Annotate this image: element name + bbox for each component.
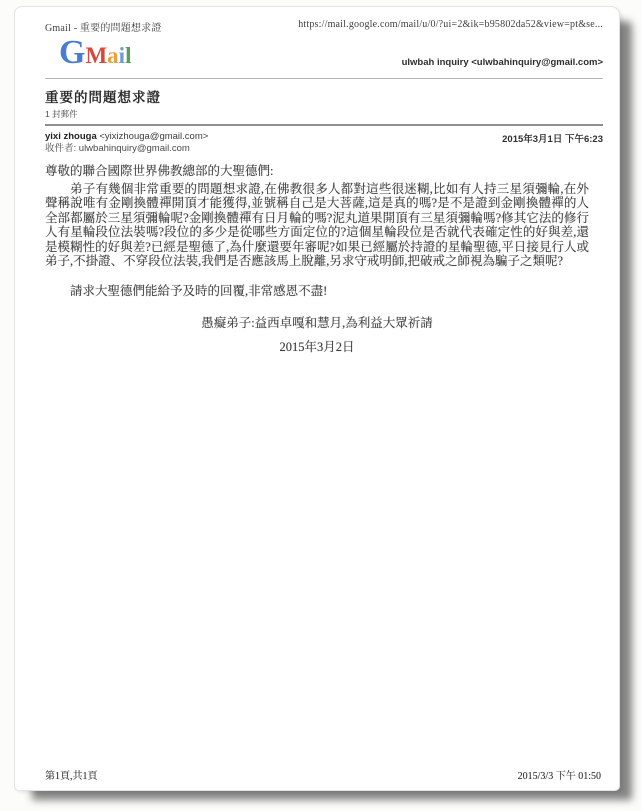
print-timestamp: 2015/3/3 下午 01:50 — [518, 767, 601, 782]
body-sign-date: 2015年3月2日 — [45, 340, 589, 355]
brand-row: GMail ulwbah inquiry <ulwbahinquiry@gmai… — [45, 38, 603, 74]
gmail-logo-letter-l: l — [125, 43, 131, 68]
gmail-logo: GMail — [59, 38, 131, 74]
message-count: 1 封郵件 — [45, 108, 603, 120]
email-subject: 重要的問題想求證 — [45, 86, 603, 106]
gmail-logo-letter-a: a — [107, 43, 119, 68]
recipient-line: 收件者: ulwbahinquiry@gmail.com — [45, 143, 208, 155]
printed-page: Gmail - 重要的問題想求證 https://mail.google.com… — [14, 6, 620, 791]
body-paragraph-1: 弟子有幾個非常重要的問題想求證,在佛教很多人都對這些很迷糊,比如有人持三星須彌輪… — [45, 182, 589, 269]
recipient-label: 收件者: — [45, 143, 76, 154]
message-meta: yixi zhouga <yixizhouga@gmail.com> 收件者: … — [45, 131, 603, 155]
print-header-url: https://mail.google.com/mail/u/0/?ui=2&i… — [298, 19, 603, 34]
body-greeting: 尊敬的聯合國際世界佛教總部的大聖德們: — [45, 164, 589, 179]
print-footer: 第1頁,共1頁 2015/3/3 下午 01:50 — [45, 767, 601, 782]
divider-thread — [45, 124, 603, 126]
email-body: 尊敬的聯合國際世界佛教總部的大聖德們: 弟子有幾個非常重要的問題想求證,在佛教很… — [45, 164, 603, 354]
body-signature: 愚癡弟子:益西卓嘎和慧月,為利益大眾祈請 — [45, 316, 589, 331]
sender-name: yixi zhouga — [45, 131, 97, 142]
sender-email: <yixizhouga@gmail.com> — [99, 131, 208, 142]
account-owner: ulwbah inquiry <ulwbahinquiry@gmail.com> — [402, 57, 603, 74]
divider-top — [45, 78, 603, 79]
recipient-email: ulwbahinquiry@gmail.com — [79, 143, 190, 154]
print-header-title: Gmail - 重要的問題想求證 — [45, 19, 162, 34]
print-header: Gmail - 重要的問題想求證 https://mail.google.com… — [45, 19, 603, 34]
page-number: 第1頁,共1頁 — [45, 767, 98, 782]
gmail-logo-letter-g: G — [59, 34, 85, 71]
body-paragraph-2: 請求大聖德們能給予及時的回覆,非常感恩不盡! — [45, 284, 589, 299]
gmail-logo-letter-m: M — [85, 43, 107, 68]
email-date: 2015年3月1日 下午6:23 — [502, 131, 603, 155]
print-preview-canvas: Gmail - 重要的問題想求證 https://mail.google.com… — [0, 0, 642, 811]
sender-line: yixi zhouga <yixizhouga@gmail.com> — [45, 131, 208, 143]
